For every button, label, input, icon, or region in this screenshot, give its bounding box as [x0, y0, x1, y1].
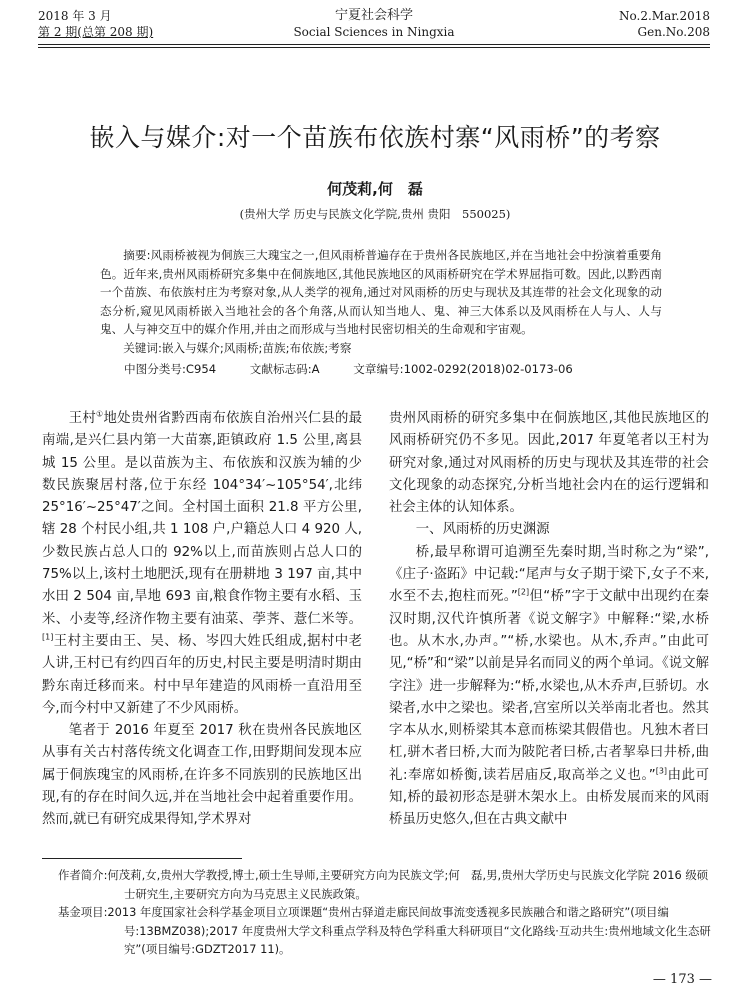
- page-number: — 173 —: [653, 972, 712, 987]
- article-authors: 何茂莉,何 磊: [0, 178, 750, 199]
- citation-ref[interactable]: [3]: [656, 766, 667, 775]
- abstract-block: 摘要:风雨桥被视为侗族三大瑰宝之一,但风雨桥普遍存在于贵州各民族地区,并在当地社…: [100, 246, 662, 358]
- citation-ref[interactable]: [2]: [518, 588, 529, 597]
- body-paragraph: 桥,最早称谓可追溯至先秦时期,当时称之为“梁”,《庄子·盗跖》中记载:“尾声与女…: [389, 542, 709, 832]
- document-code: 文献标志码:A: [250, 362, 320, 376]
- header-no: No.2.Mar.2018: [619, 8, 710, 24]
- header-right: No.2.Mar.2018 Gen.No.208: [619, 8, 710, 40]
- header-gen-no: Gen.No.208: [619, 24, 710, 40]
- header-rule-thick: [38, 44, 710, 45]
- footnote-rule: [42, 858, 242, 859]
- section-heading: 一、风雨桥的历史渊源: [389, 519, 709, 541]
- header-center: 宁夏社会科学 Social Sciences in Ningxia: [38, 8, 710, 40]
- classification-line: 中图分类号:C954 文献标志码:A 文章编号:1002-0292(2018)0…: [124, 361, 603, 377]
- keywords: 关键词:嵌入与媒介;风雨桥;苗族;布依族;考察: [100, 339, 662, 358]
- author-bio: 作者简介:何茂莉,女,贵州大学教授,博士,硕士生导师,主要研究方向为民族文学;何…: [58, 866, 718, 903]
- article-number: 文章编号:1002-0292(2018)02-0173-06: [353, 362, 572, 376]
- clc-number: 中图分类号:C954: [124, 362, 216, 376]
- article-title: 嵌入与媒介:对一个苗族布依族村寨“风雨桥”的考察: [0, 118, 750, 154]
- running-header: 2018 年 3 月 第 2 期(总第 208 期) 宁夏社会科学 Social…: [38, 8, 710, 40]
- body-paragraph: 贵州风雨桥的研究多集中在侗族地区,其他民族地区的风雨桥研究仍不多见。因此,201…: [389, 408, 709, 519]
- body-column-right: 贵州风雨桥的研究多集中在侗族地区,其他民族地区的风雨桥研究仍不多见。因此,201…: [389, 408, 709, 832]
- journal-name-cn: 宁夏社会科学: [38, 8, 710, 24]
- footnotes: 作者简介:何茂莉,女,贵州大学教授,博士,硕士生导师,主要研究方向为民族文学;何…: [58, 866, 718, 959]
- body-column-left: 王村①地处贵州省黔西南布依族自治州兴仁县的最南端,是兴仁县内第一大苗寨,距镇政府…: [42, 408, 362, 832]
- para-text: 王村: [69, 411, 96, 426]
- para-text: 但“桥”字于文献中出现约在秦汉时期,汉代许慎所著《说文解字》中解释:“梁,水桥也…: [389, 589, 709, 782]
- body-paragraph: 王村①地处贵州省黔西南布依族自治州兴仁县的最南端,是兴仁县内第一大苗寨,距镇政府…: [42, 408, 362, 720]
- funding-info: 基金项目:2013 年度国家社会科学基金项目立项课题“贵州古驿道走廊民间故事流变…: [58, 903, 718, 959]
- article-affiliation: (贵州大学 历史与民族文化学院,贵州 贵阳 550025): [0, 206, 750, 222]
- para-text: 王村主要由王、吴、杨、岑四大姓氏组成,据村中老人讲,王村已有约四百年的历史,村民…: [42, 634, 362, 716]
- abstract-text: 摘要:风雨桥被视为侗族三大瑰宝之一,但风雨桥普遍存在于贵州各民族地区,并在当地社…: [100, 246, 662, 339]
- body-paragraph: 笔者于 2016 年夏至 2017 秋在贵州各民族地区从事有关古村落传统文化调查…: [42, 720, 362, 831]
- para-text: 地处贵州省黔西南布依族自治州兴仁县的最南端,是兴仁县内第一大苗寨,距镇政府 1.…: [42, 411, 362, 627]
- journal-name-en: Social Sciences in Ningxia: [38, 24, 710, 40]
- header-rule-thin: [38, 47, 710, 48]
- citation-ref[interactable]: [1]: [42, 633, 53, 642]
